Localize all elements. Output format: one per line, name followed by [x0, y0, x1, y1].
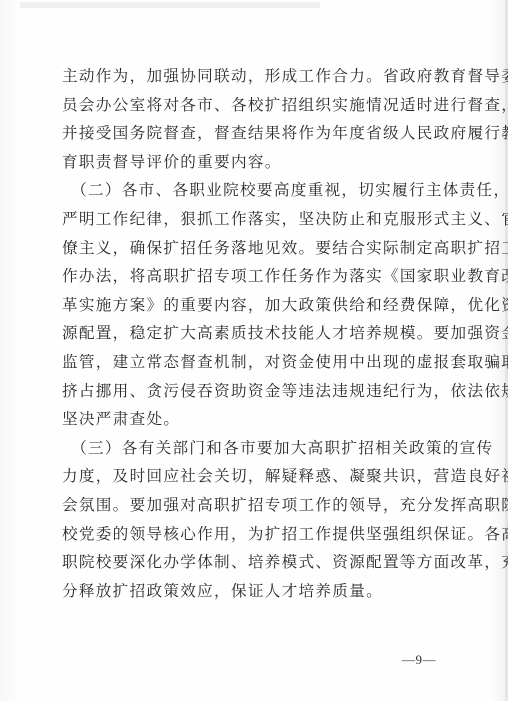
- text-line: 育职责督导评价的重要内容。: [62, 148, 444, 177]
- text-line: 僚主义，确保扩招任务落地见效。要结合实际制定高职扩招工: [62, 234, 444, 263]
- text-line: 挤占挪用、贪污侵吞资助资金等违法违规违纪行为，依法依规: [62, 377, 444, 406]
- text-line: 会氛围。要加强对高职扩招专项工作的领导，充分发挥高职院: [62, 491, 444, 520]
- bleed-through-text: [20, 2, 320, 8]
- body-text: 主动作为，加强协同联动，形成工作合力。省政府教育督导委 员会办公室将对各市、各校…: [62, 62, 444, 605]
- text-line: 源配置，稳定扩大高素质技术技能人才培养规模。要加强资金: [62, 319, 444, 348]
- document-page: 主动作为，加强协同联动，形成工作合力。省政府教育督导委 员会办公室将对各市、各校…: [0, 0, 508, 701]
- text-line: 分释放扩招政策效应，保证人才培养质量。: [62, 577, 444, 606]
- text-line: 职院校要深化办学体制、培养模式、资源配置等方面改革，充: [62, 548, 444, 577]
- text-line: 革实施方案》的重要内容，加大政策供给和经费保障，优化资: [62, 291, 444, 320]
- text-line: （二）各市、各职业院校要高度重视，切实履行主体责任，: [62, 176, 444, 205]
- text-line: 力度，及时回应社会关切，解疑释惑、凝聚共识，营造良好社: [62, 462, 444, 491]
- text-line: 严明工作纪律，狠抓工作落实，坚决防止和克服形式主义、官: [62, 205, 444, 234]
- text-line: 并接受国务院督查，督查结果将作为年度省级人民政府履行教: [62, 119, 444, 148]
- page-number: —9—: [402, 652, 436, 668]
- text-line: 作办法，将高职扩招专项工作任务作为落实《国家职业教育改: [62, 262, 444, 291]
- text-line: 员会办公室将对各市、各校扩招组织实施情况适时进行督查，: [62, 91, 444, 120]
- text-line: （三）各有关部门和各市要加大高职扩招相关政策的宣传: [62, 434, 444, 463]
- text-line: 校党委的领导核心作用，为扩招工作提供坚强组织保证。各高: [62, 520, 444, 549]
- text-line: 监管，建立常态督查机制，对资金使用中出现的虚报套取骗取、: [62, 348, 444, 377]
- text-line: 主动作为，加强协同联动，形成工作合力。省政府教育督导委: [62, 62, 444, 91]
- text-line: 坚决严肃查处。: [62, 405, 444, 434]
